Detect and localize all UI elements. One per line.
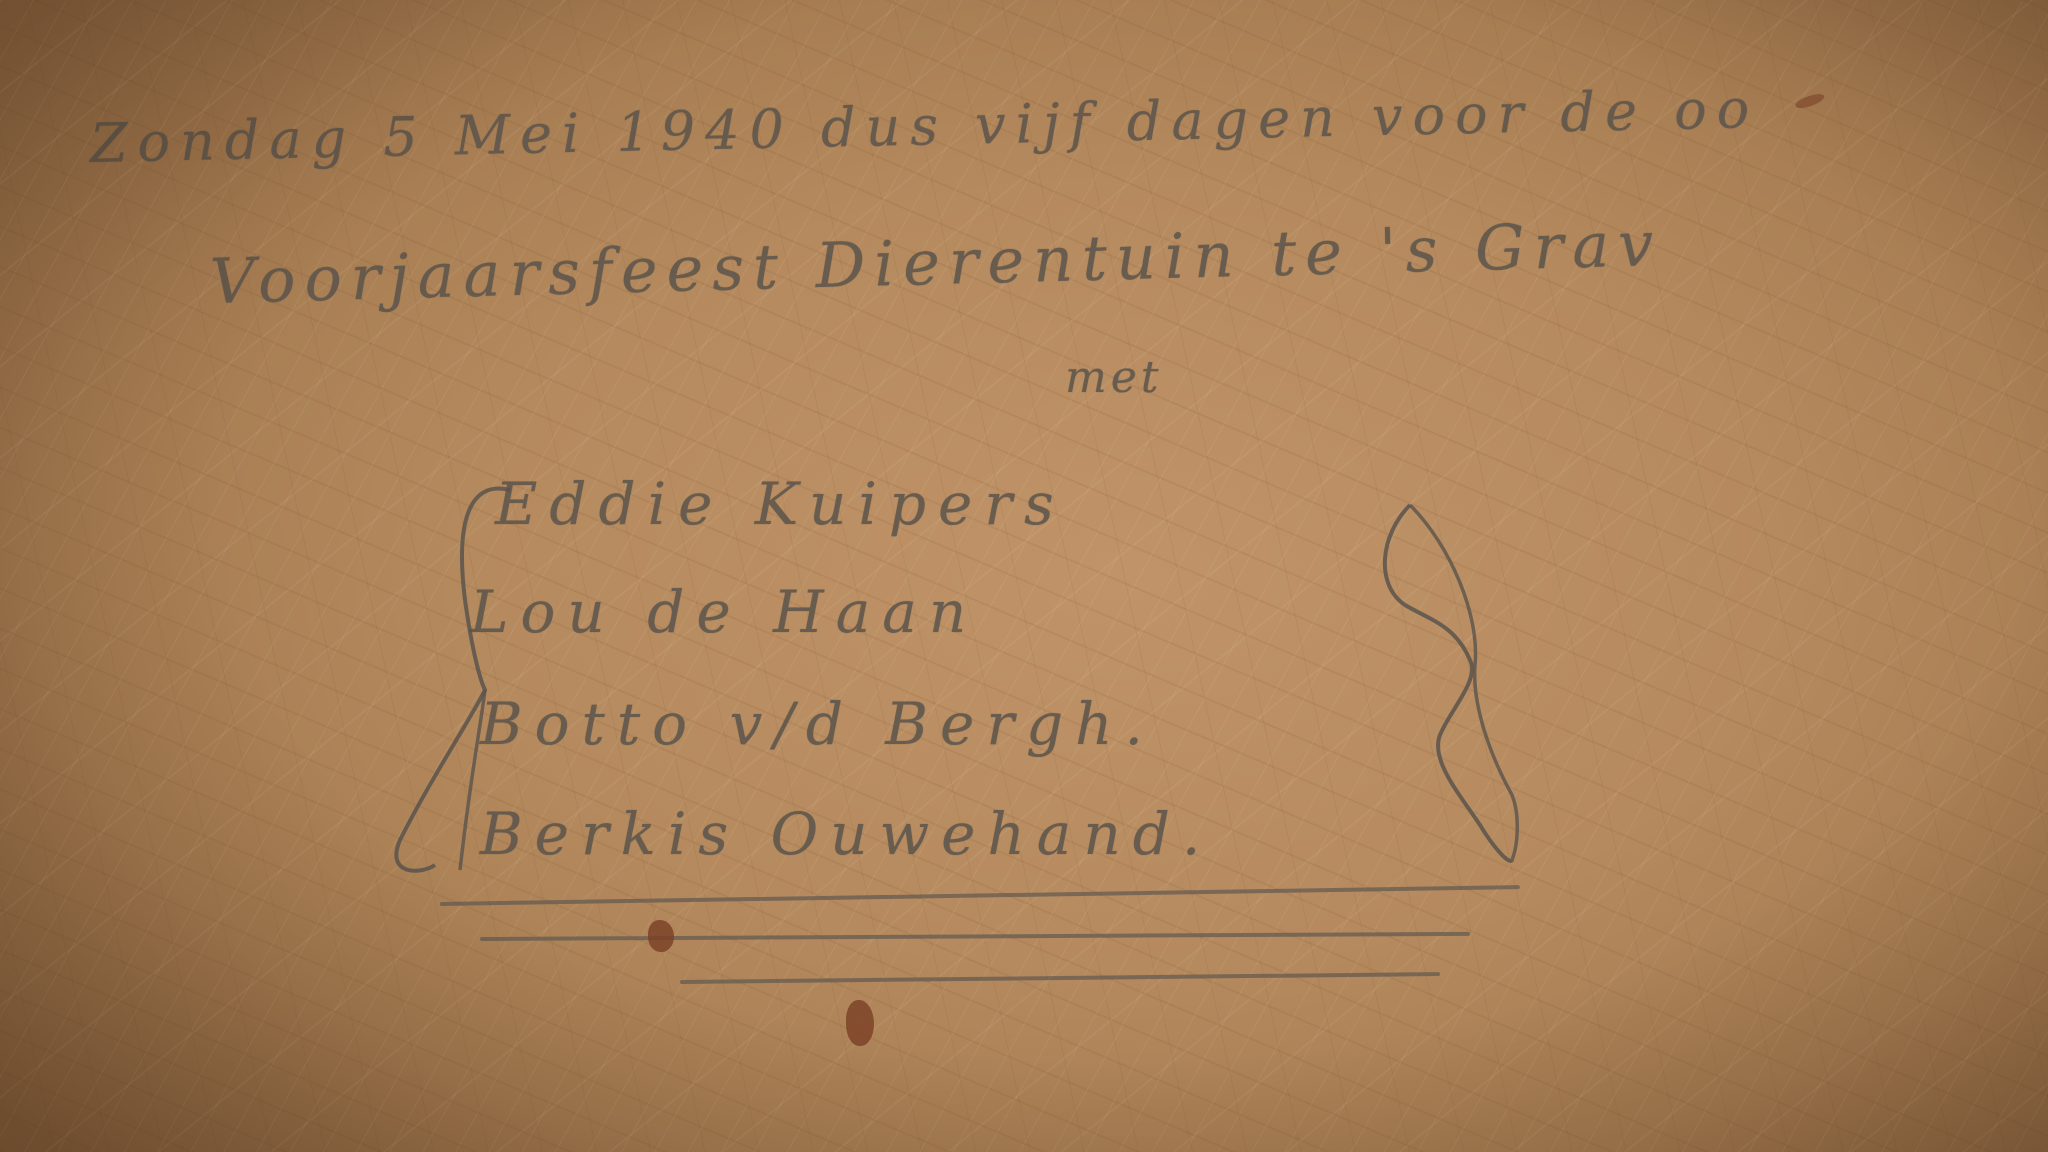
inscription-event-line: Voorjaarsfeest Dierentuin te 's Grav — [209, 207, 1663, 318]
stain-mark — [1794, 91, 1826, 111]
stain-mark — [648, 920, 674, 952]
right-brace-icon — [1360, 495, 1540, 875]
name-lou-de-haan: Lou de Haan — [470, 578, 978, 646]
underline-1 — [440, 885, 1520, 906]
name-berkis-ouwehand: Berkis Ouwehand. — [480, 800, 1212, 868]
inscription-date-line: Zondag 5 Mei 1940 dus vijf dagen voor de… — [89, 77, 1759, 175]
stain-mark — [846, 1000, 874, 1046]
name-eddie-kuipers: Eddie Kuipers — [495, 470, 1066, 538]
underline-3 — [680, 972, 1440, 984]
underline-2 — [480, 932, 1470, 941]
inscription-connector: met — [1065, 352, 1162, 403]
name-botto-vd-bergh: Botto v/d Bergh. — [480, 690, 1155, 758]
left-brace-icon — [360, 480, 520, 880]
